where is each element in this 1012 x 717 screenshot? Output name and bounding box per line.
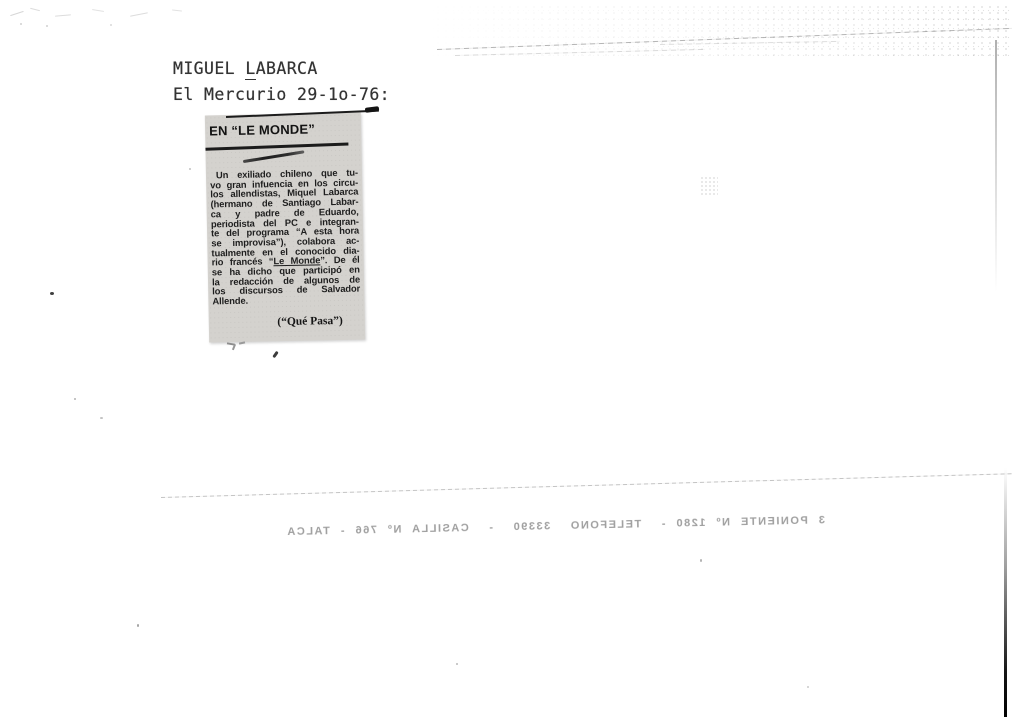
pen-dot-mark [272, 351, 278, 358]
clipping-headline: EN “LE MONDE” [209, 121, 315, 138]
clipping-credit: (“Qué Pasa”) [209, 314, 365, 329]
scan-speck [456, 663, 458, 665]
scan-speck [50, 292, 54, 295]
scan-edge-line-top [995, 40, 997, 292]
pencil-mark [130, 12, 148, 17]
typed-name-post: ABARCA [256, 59, 318, 78]
pencil-dot [110, 24, 112, 26]
scan-smudge [700, 176, 718, 196]
pencil-dot [20, 23, 22, 25]
bleedthrough-wrap: 3 PONIENTE Nº 1280 - TELEFONO 33390 - CA… [303, 514, 825, 537]
scan-edge-line-bottom [1004, 468, 1007, 717]
pencil-mark [92, 9, 104, 12]
pencil-mark [10, 11, 24, 17]
newspaper-clipping: EN “LE MONDE” Un exiliado chileno que tu… [205, 113, 365, 343]
scanned-document-page: MIGUEL LABARCA El Mercurio 29-1o-76: EN … [0, 0, 1012, 717]
scan-speck [189, 168, 191, 170]
clipping-headline-rule [205, 143, 348, 151]
clipping-body-line: Allende. [212, 294, 360, 307]
clipping-body: Un exiliado chileno que tu-vo gran infue… [210, 168, 361, 307]
typed-name-underlined-char: L [245, 59, 255, 80]
pencil-mark [30, 8, 40, 12]
pencil-dot [46, 25, 48, 27]
pencil-mark [55, 14, 71, 17]
typed-header-line-2: El Mercurio 29-1o-76: [173, 85, 390, 104]
scan-speck [807, 686, 809, 688]
scan-speck [100, 417, 103, 419]
typed-name-pre: MIGUEL [173, 59, 245, 78]
scan-speck [74, 398, 76, 400]
bleedthrough-text: 3 PONIENTE Nº 1280 - TELEFONO 33390 - CA… [303, 514, 825, 537]
typed-header-line-1: MIGUEL LABARCA [173, 59, 318, 78]
scan-speck [137, 624, 139, 627]
scan-noise-band [418, 4, 1012, 56]
handwritten-scribble [239, 341, 245, 344]
handwritten-scribble [232, 344, 236, 350]
pencil-mark [172, 9, 182, 12]
crease-line [161, 473, 1012, 498]
pen-stroke-mark [243, 150, 305, 162]
scan-speck [700, 559, 702, 562]
